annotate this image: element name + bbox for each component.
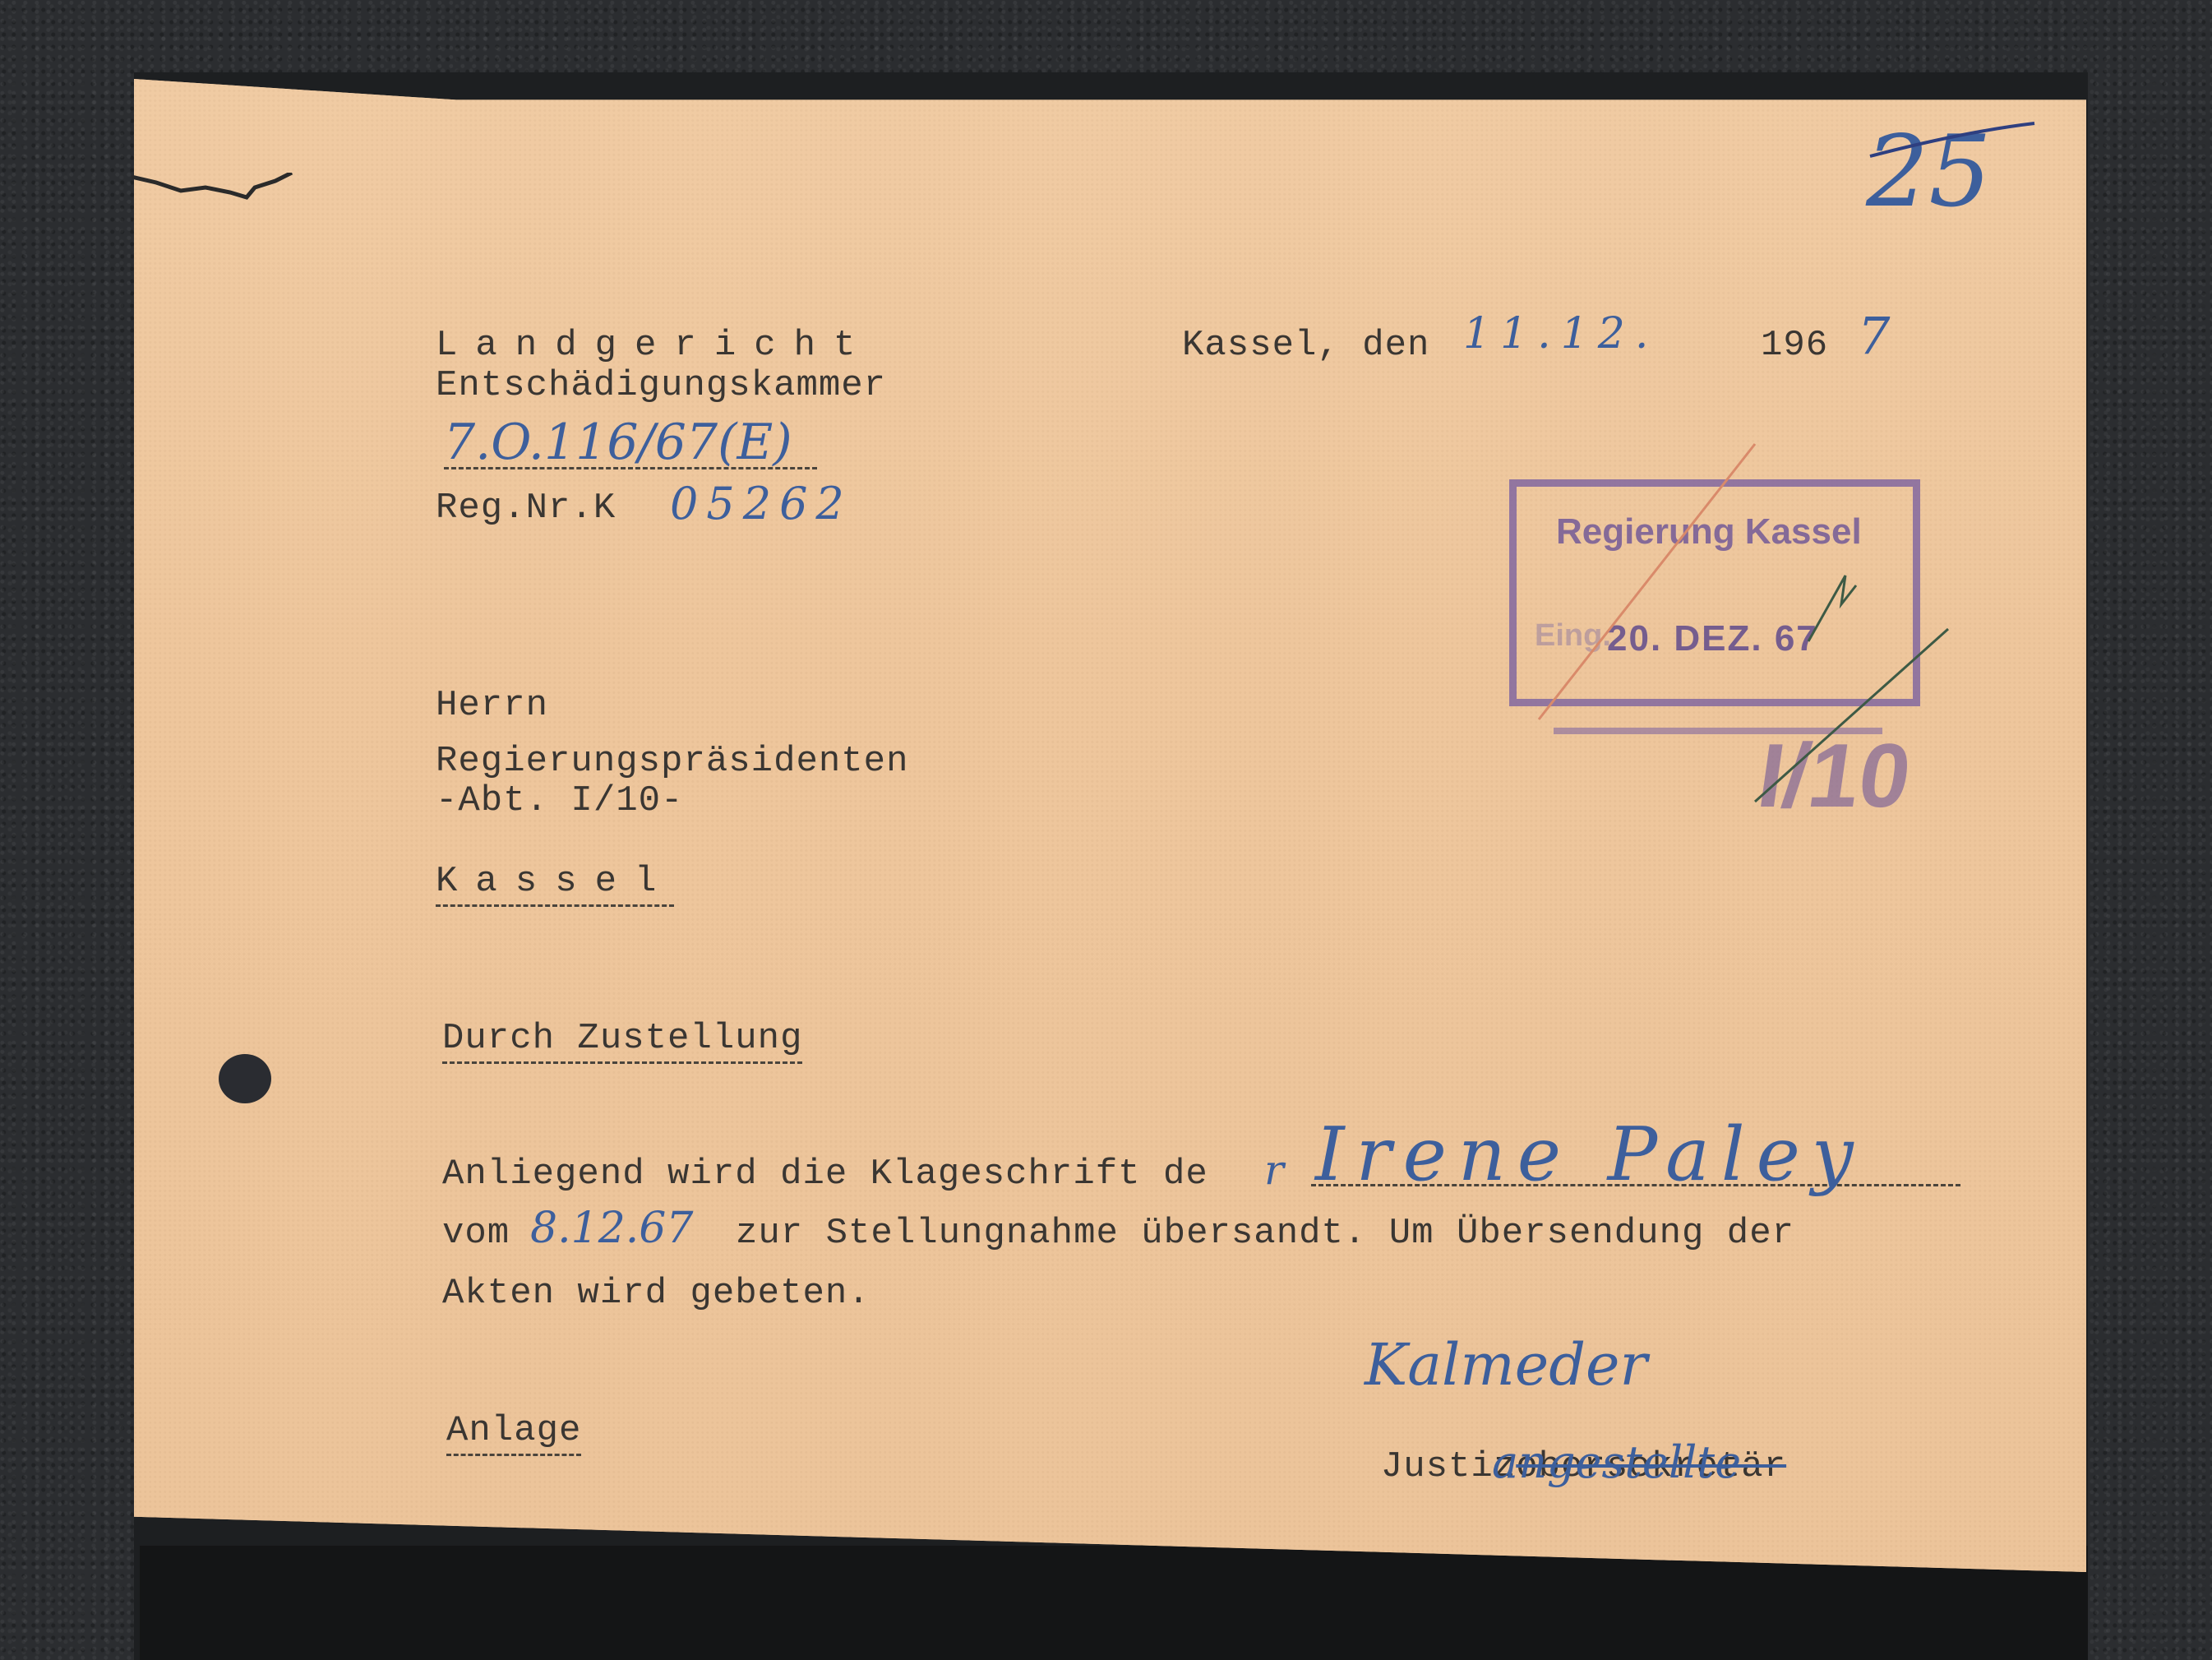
file-number: 7.O.116/67(E) [444, 418, 817, 469]
recipient-department: -Abt. I/10- [436, 783, 683, 819]
stamp-date: 20. DEZ. 67 [1607, 618, 1818, 659]
delivery-method: Durch Zustellung [442, 1020, 802, 1064]
recipient-salutation: Herrn [436, 687, 548, 724]
torn-corner-crack [132, 173, 308, 206]
recipient-city: Kassel [436, 863, 674, 907]
stamp-prefix: Eing. [1535, 618, 1611, 654]
sender-court: Landgericht [436, 327, 873, 363]
signature-title-correction: angestellte [1492, 1440, 1741, 1485]
body-line1-letter: r [1264, 1149, 1284, 1191]
receipt-stamp: Regierung Kassel Eing. 20. DEZ. 67 [1509, 479, 1920, 706]
reg-label: Reg.Nr.K [436, 490, 616, 526]
enclosure-label: Anlage [446, 1413, 581, 1456]
dept-stamp-mark: I/10 [1752, 724, 1917, 828]
reg-number: 05262 [670, 482, 852, 526]
year-suffix: 7 [1858, 311, 1890, 362]
plaintiff-name: Irene Paley [1315, 1118, 1865, 1192]
body-line1: Anliegend wird die Klageschrift de [442, 1156, 1208, 1192]
sender-chamber: Entschädigungskammer [436, 368, 886, 404]
recipient-title: Regierungspräsidenten [436, 743, 909, 779]
body-line3: Akten wird gebeten. [442, 1275, 870, 1311]
body-line2-start: vom [442, 1215, 510, 1251]
complaint-date: 8.12.67 [530, 1207, 693, 1250]
stamp-title: Regierung Kassel [1556, 511, 1862, 553]
page-number: 25 [1866, 123, 1992, 222]
body-line2-rest: zur Stellungnahme übersandt. Um Übersend… [736, 1215, 1794, 1251]
handwritten-date: 11.12. [1463, 312, 1658, 355]
date-place: Kassel, den [1182, 327, 1429, 363]
year-prefix: 196 [1761, 327, 1828, 363]
signature: Kalmeder [1365, 1336, 1647, 1394]
punch-hole [219, 1054, 271, 1103]
